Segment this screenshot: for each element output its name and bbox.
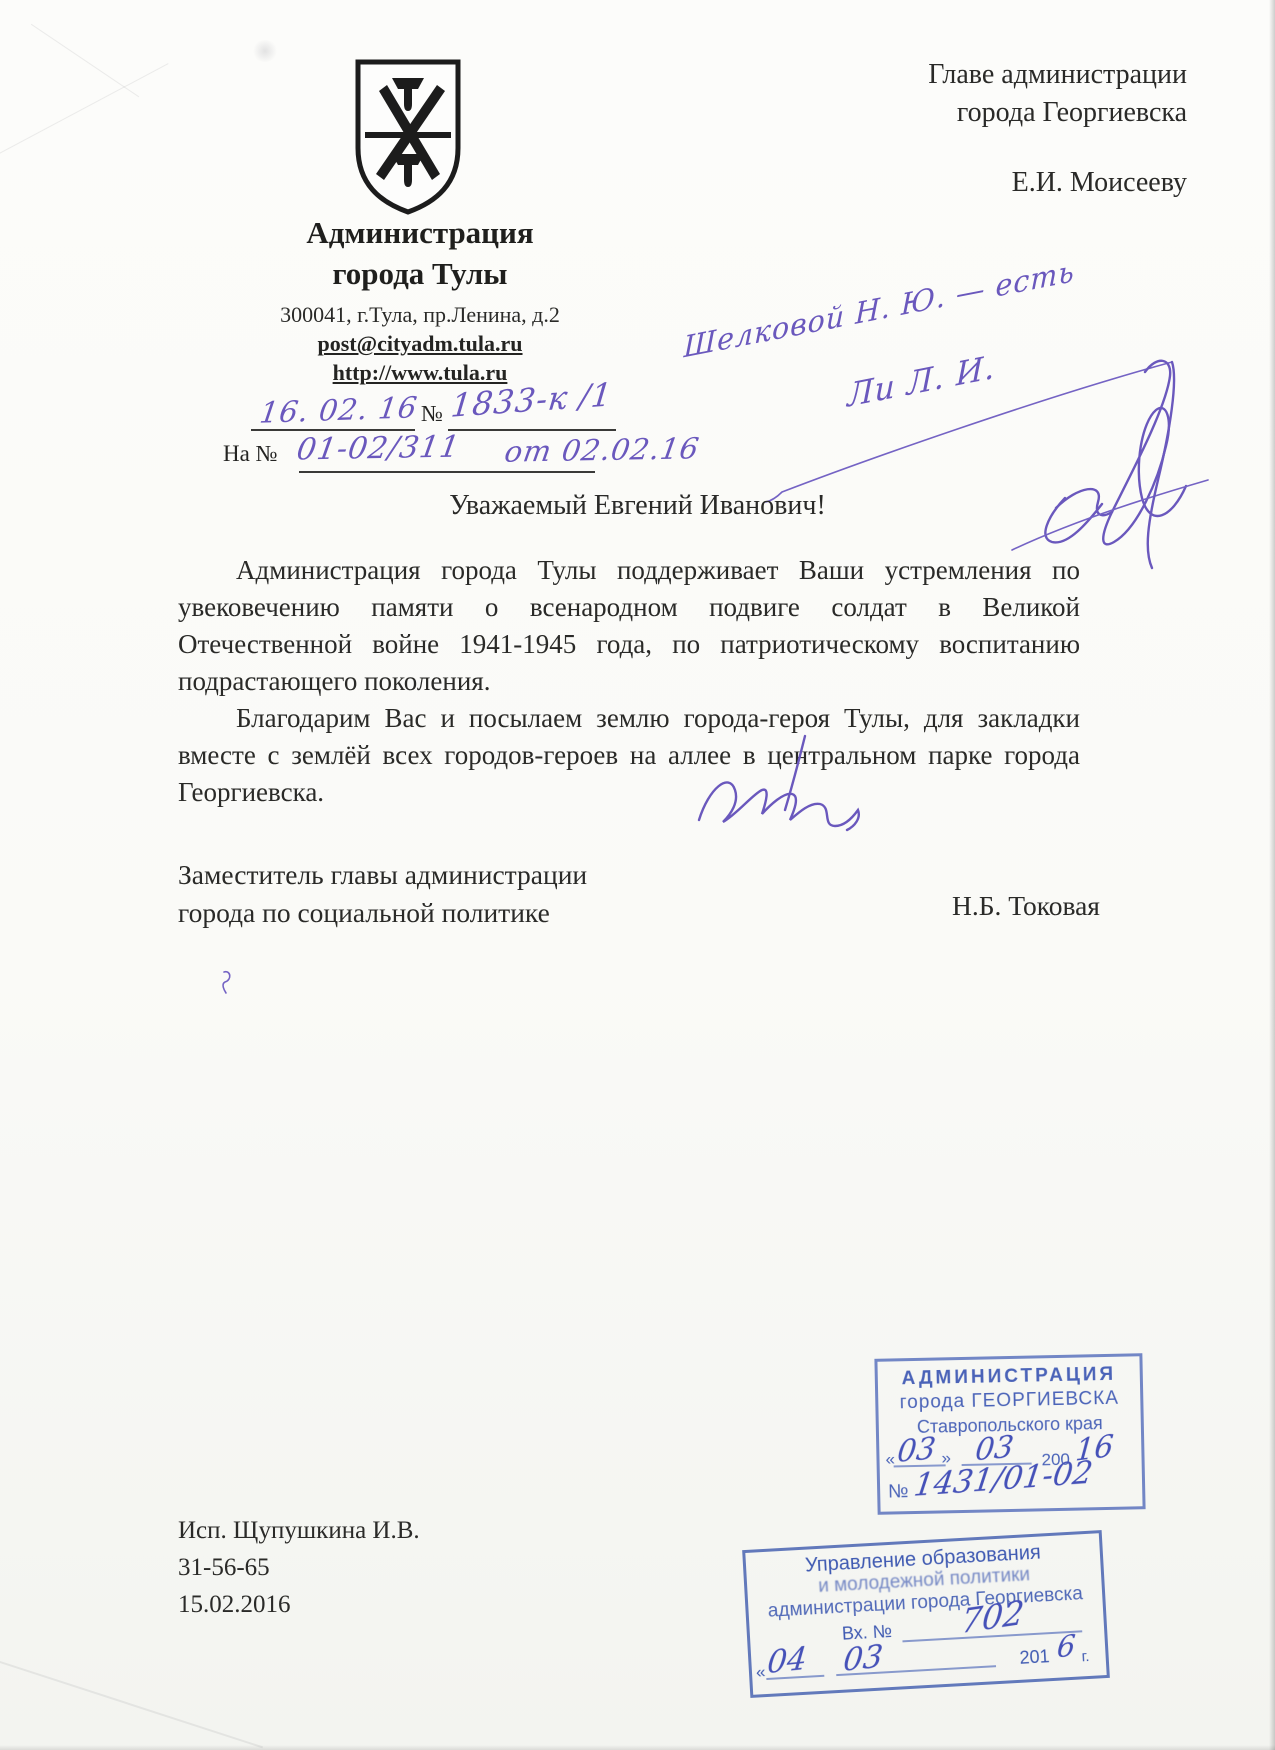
signer-name: Н.Б. Токовая (952, 890, 1100, 922)
signer-title-line1: Заместитель главы администрации (178, 856, 587, 894)
executor-date: 15.02.2016 (178, 1586, 420, 1623)
pen-mark (216, 968, 236, 998)
org-email: post@cityadm.tula.ru (235, 329, 605, 358)
crease-line (0, 63, 169, 158)
body-paragraph-1: Администрация города Тулы поддерживает В… (178, 552, 1080, 700)
stamp1-line2: города ГЕОРГИЕВСКА (878, 1387, 1140, 1414)
org-name-line1: Администрация (235, 212, 605, 253)
handwritten-date: 16. 02. 16 (258, 390, 420, 430)
recipient-block: Главе администрации города Георгиевска Е… (865, 56, 1187, 202)
crease-line (0, 1654, 263, 1749)
scanned-letter-page: Администрация города Тулы 300041, г.Тула… (0, 0, 1275, 1750)
stamp1-number-label: № (888, 1481, 909, 1503)
signer-title-line2: города по социальной политике (178, 894, 587, 932)
org-address: 300041, г.Тула, пр.Ленина, д.2 (235, 300, 605, 329)
reply-blank-line (299, 471, 595, 473)
salutation: Уважаемый Евгений Иванович! (0, 490, 1275, 522)
stamp-education-department: Управление образования и молодежной поли… (742, 1530, 1110, 1698)
handwritten-signature (685, 732, 895, 847)
org-name-line2: города Тулы (235, 253, 605, 294)
recipient-line2: города Георгиевска (865, 94, 1187, 132)
handwritten-signature-flourish (560, 250, 1275, 580)
stamp2-year-prefix: 201 (1019, 1646, 1050, 1669)
signer-title: Заместитель главы администрации города п… (178, 856, 587, 932)
reply-label: На № (223, 441, 278, 467)
executor-block: Исп. Щупушкина И.В. 31-56-65 15.02.2016 (178, 1512, 420, 1623)
org-contacts: 300041, г.Тула, пр.Ленина, д.2 post@city… (235, 300, 605, 387)
tula-coat-of-arms-icon (352, 56, 464, 223)
executor-phone: 31-56-65 (178, 1549, 420, 1586)
scan-smudge (252, 40, 278, 62)
recipient-name: Е.И. Моисееву (865, 164, 1187, 202)
handwritten-reply-number: 01-02/311 (294, 430, 462, 468)
crease-line (31, 24, 139, 98)
stamp1-line1: АДМИНИСТРАЦИЯ (878, 1363, 1140, 1390)
stamp-administration-georgievsk: АДМИНИСТРАЦИЯ города ГЕОРГИЕВСКА Ставроп… (874, 1353, 1145, 1515)
executor-name: Исп. Щупушкина И.В. (178, 1512, 420, 1549)
stamp1-handwritten-number: 1431/01-02 (912, 1454, 1095, 1504)
number-sign: № (421, 401, 443, 427)
stamp2-handwritten-year: 6 (1056, 1628, 1077, 1665)
letter-body: Администрация города Тулы поддерживает В… (178, 552, 1080, 811)
body-paragraph-2: Благодарим Вас и посылаем землю города-г… (178, 700, 1080, 811)
stamp2-quote-open: « (755, 1662, 766, 1682)
recipient-line1: Главе администрации (865, 56, 1187, 94)
org-name: Администрация города Тулы (235, 212, 605, 294)
stamp2-year-suffix: г. (1081, 1648, 1090, 1665)
